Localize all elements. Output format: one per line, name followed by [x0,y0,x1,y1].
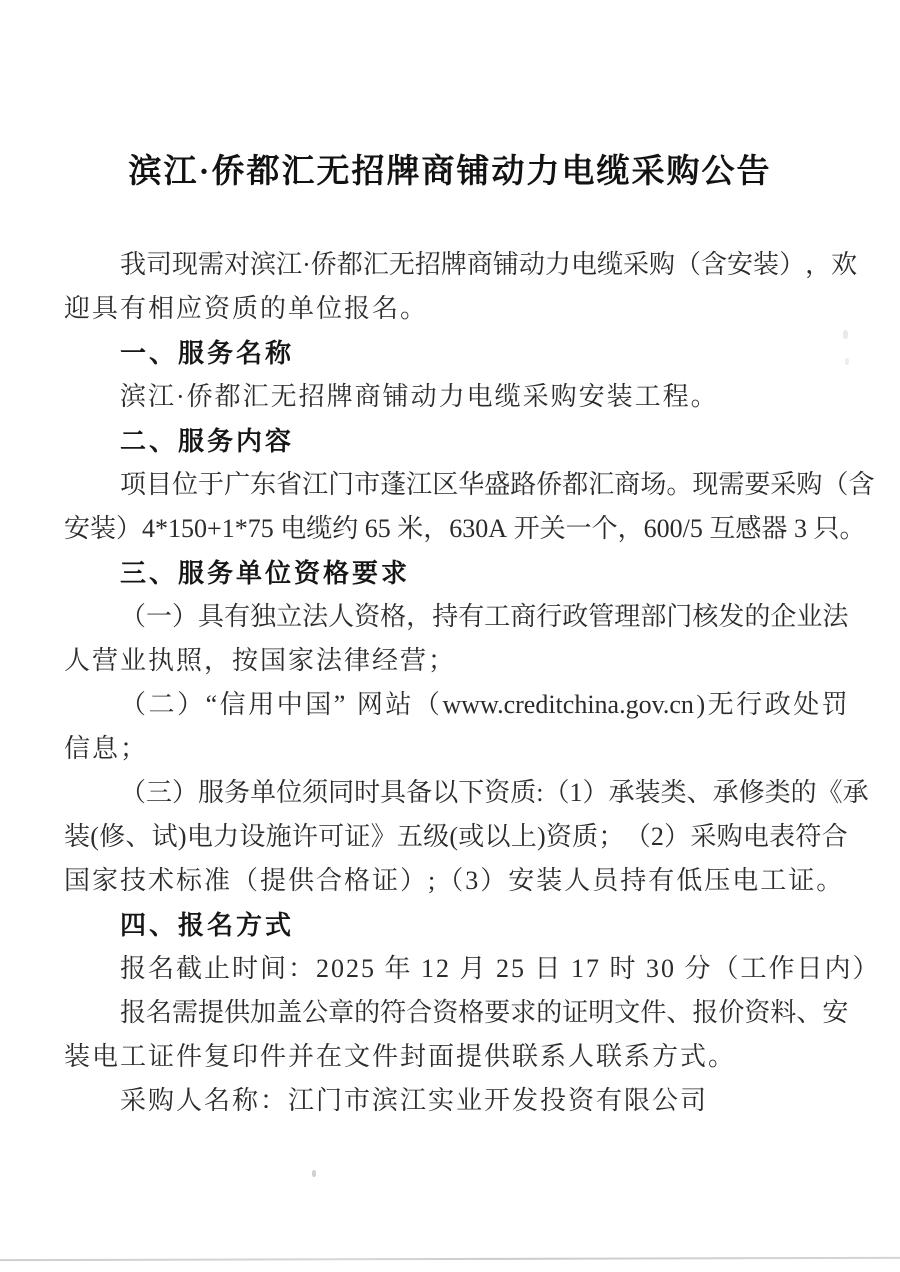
scan-paper-edge [0,1257,900,1261]
scan-artifact [845,358,849,365]
document-lines: 我司现需对滨江·侨都汇无招牌商铺动力电缆采购（含安装），欢迎具有相应资质的单位报… [64,243,848,1123]
document-line: 采购人名称：江门市滨江实业开发投资有限公司 [64,1079,848,1123]
document-line: 装(修、试)电力设施许可证》五级(或以上)资质；（2）采购电表符合 [64,815,848,859]
scanned-document-page: 滨江·侨都汇无招牌商铺动力电缆采购公告 我司现需对滨江·侨都汇无招牌商铺动力电缆… [0,0,900,1272]
document-line: （二）“信用中国” 网站（www.creditchina.gov.cn)无行政处… [64,683,848,727]
section-heading: 一、服务名称 [64,331,848,375]
scan-artifact [843,330,848,339]
document-line: （一）具有独立法人资格，持有工商行政管理部门核发的企业法 [64,595,848,639]
document-line: 装电工证件复印件并在文件封面提供联系人联系方式。 [64,1035,848,1079]
document-line: 项目位于广东省江门市蓬江区华盛路侨都汇商场。现需要采购（含 [64,463,848,507]
document-line: 滨江·侨都汇无招牌商铺动力电缆采购安装工程。 [64,375,848,419]
document-line: 报名需提供加盖公章的符合资格要求的证明文件、报价资料、安 [64,991,848,1035]
section-heading: 二、服务内容 [64,419,848,463]
section-heading: 三、服务单位资格要求 [64,551,848,595]
document-line: 我司现需对滨江·侨都汇无招牌商铺动力电缆采购（含安装），欢 [64,243,848,287]
document-line: 信息； [64,727,848,771]
document-title: 滨江·侨都汇无招牌商铺动力电缆采购公告 [0,150,900,194]
scan-artifact [312,1170,316,1177]
document-line: 迎具有相应资质的单位报名。 [64,287,848,331]
document-line: （三）服务单位须同时具备以下资质:（1）承装类、承修类的《承 [64,771,848,815]
document-line: 人营业执照，按国家法律经营； [64,639,848,683]
document-line: 安装）4*150+1*75 电缆约 65 米，630A 开关一个，600/5 互… [64,507,848,551]
document-line: 报名截止时间：2025 年 12 月 25 日 17 时 30 分（工作日内） [64,947,848,991]
document-line: 国家技术标准（提供合格证）;（3）安装人员持有低压电工证。 [64,859,848,903]
section-heading: 四、报名方式 [64,903,848,947]
